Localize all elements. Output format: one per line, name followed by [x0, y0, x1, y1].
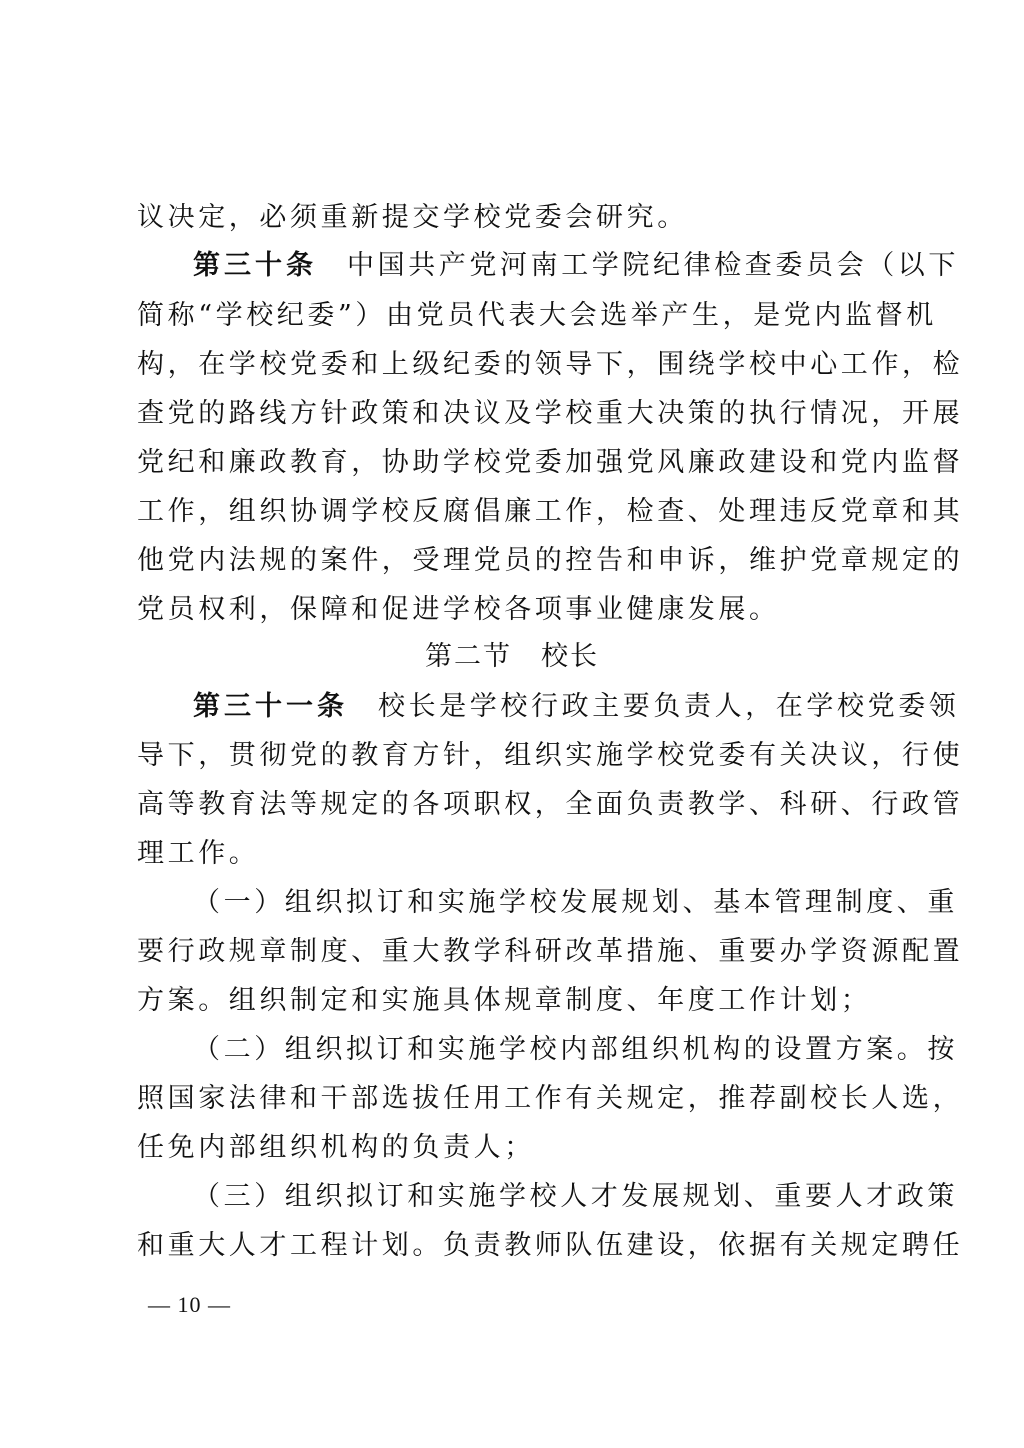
- text-line: 党员权利，保障和促进学校各项事业健康发展。: [137, 590, 897, 630]
- text-line: 他党内法规的案件，受理党员的控告和申诉，维护党章规定的: [137, 541, 897, 581]
- text-line: 党纪和廉政教育，协助学校党委加强党风廉政建设和党内监督: [137, 443, 897, 483]
- text-line: 简称“学校纪委”）由党员代表大会选举产生，是党内监督机: [137, 296, 897, 336]
- clause-2-line: （二）组织拟订和实施学校内部组织机构的设置方案。按: [193, 1030, 897, 1070]
- article-31-first-line: 第三十一条校长是学校行政主要负责人，在学校党委领: [193, 687, 897, 727]
- text-line: 要行政规章制度、重大教学科研改革措施、重要办学资源配置: [137, 932, 897, 972]
- text-line: 高等教育法等规定的各项职权，全面负责教学、科研、行政管: [137, 785, 897, 825]
- text-line: 和重大人才工程计划。负责教师队伍建设，依据有关规定聘任: [137, 1226, 897, 1266]
- article-number: 第三十一条: [193, 691, 348, 722]
- text-line: 任免内部组织机构的负责人；: [137, 1128, 897, 1168]
- clause-1-line: （一）组织拟订和实施学校发展规划、基本管理制度、重: [193, 883, 897, 923]
- page-number: — 10 —: [148, 1290, 231, 1320]
- text-line: 照国家法律和干部选拔任用工作有关规定，推荐副校长人选，: [137, 1079, 897, 1119]
- text-line: 方案。组织制定和实施具体规章制度、年度工作计划；: [137, 981, 897, 1021]
- text-line: 工作，组织协调学校反腐倡廉工作，检查、处理违反党章和其: [137, 492, 897, 532]
- text-line: 理工作。: [137, 834, 897, 874]
- text-line: 议决定，必须重新提交学校党委会研究。: [137, 198, 897, 238]
- text-line: 构，在学校党委和上级纪委的领导下，围绕学校中心工作，检: [137, 345, 897, 385]
- article-number: 第三十条: [193, 250, 317, 281]
- text-line: 查党的路线方针政策和决议及学校重大决策的执行情况，开展: [137, 394, 897, 434]
- section-heading: 第二节 校长: [0, 637, 1024, 677]
- text-line: 导下，贯彻党的教育方针，组织实施学校党委有关决议，行使: [137, 736, 897, 776]
- clause-3-line: （三）组织拟订和实施学校人才发展规划、重要人才政策: [193, 1177, 897, 1217]
- text-segment: 校长是学校行政主要负责人，在学校党委领: [378, 691, 959, 722]
- text-segment: 中国共产党河南工学院纪律检查委员会（以下: [347, 250, 959, 281]
- document-page: 议决定，必须重新提交学校党委会研究。 第三十条中国共产党河南工学院纪律检查委员会…: [0, 0, 1024, 1448]
- article-30-first-line: 第三十条中国共产党河南工学院纪律检查委员会（以下: [193, 246, 897, 286]
